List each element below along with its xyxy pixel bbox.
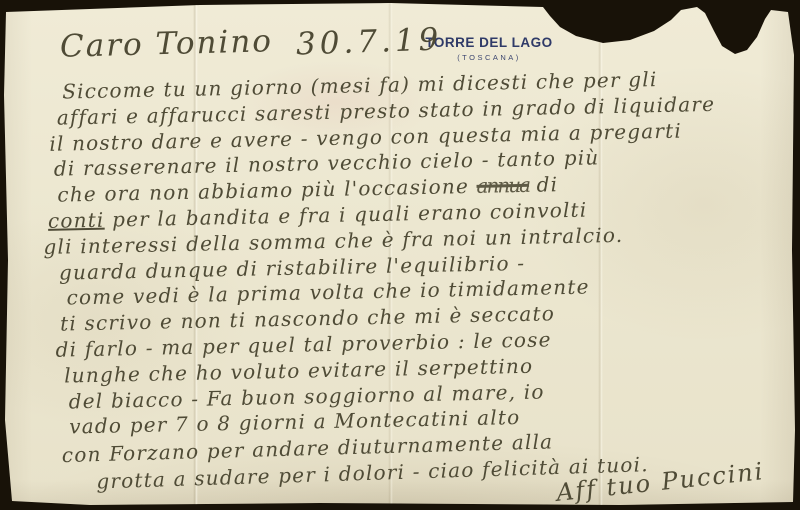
letter-scan: TORRE DEL LAGO (TOSCANA) Caro Tonino 30.…	[0, 0, 800, 510]
underlined-word: conti	[48, 208, 105, 233]
greeting: Caro Tonino	[60, 23, 274, 65]
letter-date: 30.7.19	[295, 21, 442, 62]
letterhead-subtitle: (TOSCANA)	[424, 53, 554, 62]
crossed-out-word: annua	[476, 173, 529, 198]
letterhead-title: TORRE DEL LAGO	[424, 35, 554, 50]
letter-paper: TORRE DEL LAGO (TOSCANA) Caro Tonino 30.…	[0, 0, 800, 510]
letterhead: TORRE DEL LAGO (TOSCANA)	[424, 35, 554, 62]
letter-body: Siccome tu un giorno (mesi fa) mi dicest…	[40, 65, 778, 493]
